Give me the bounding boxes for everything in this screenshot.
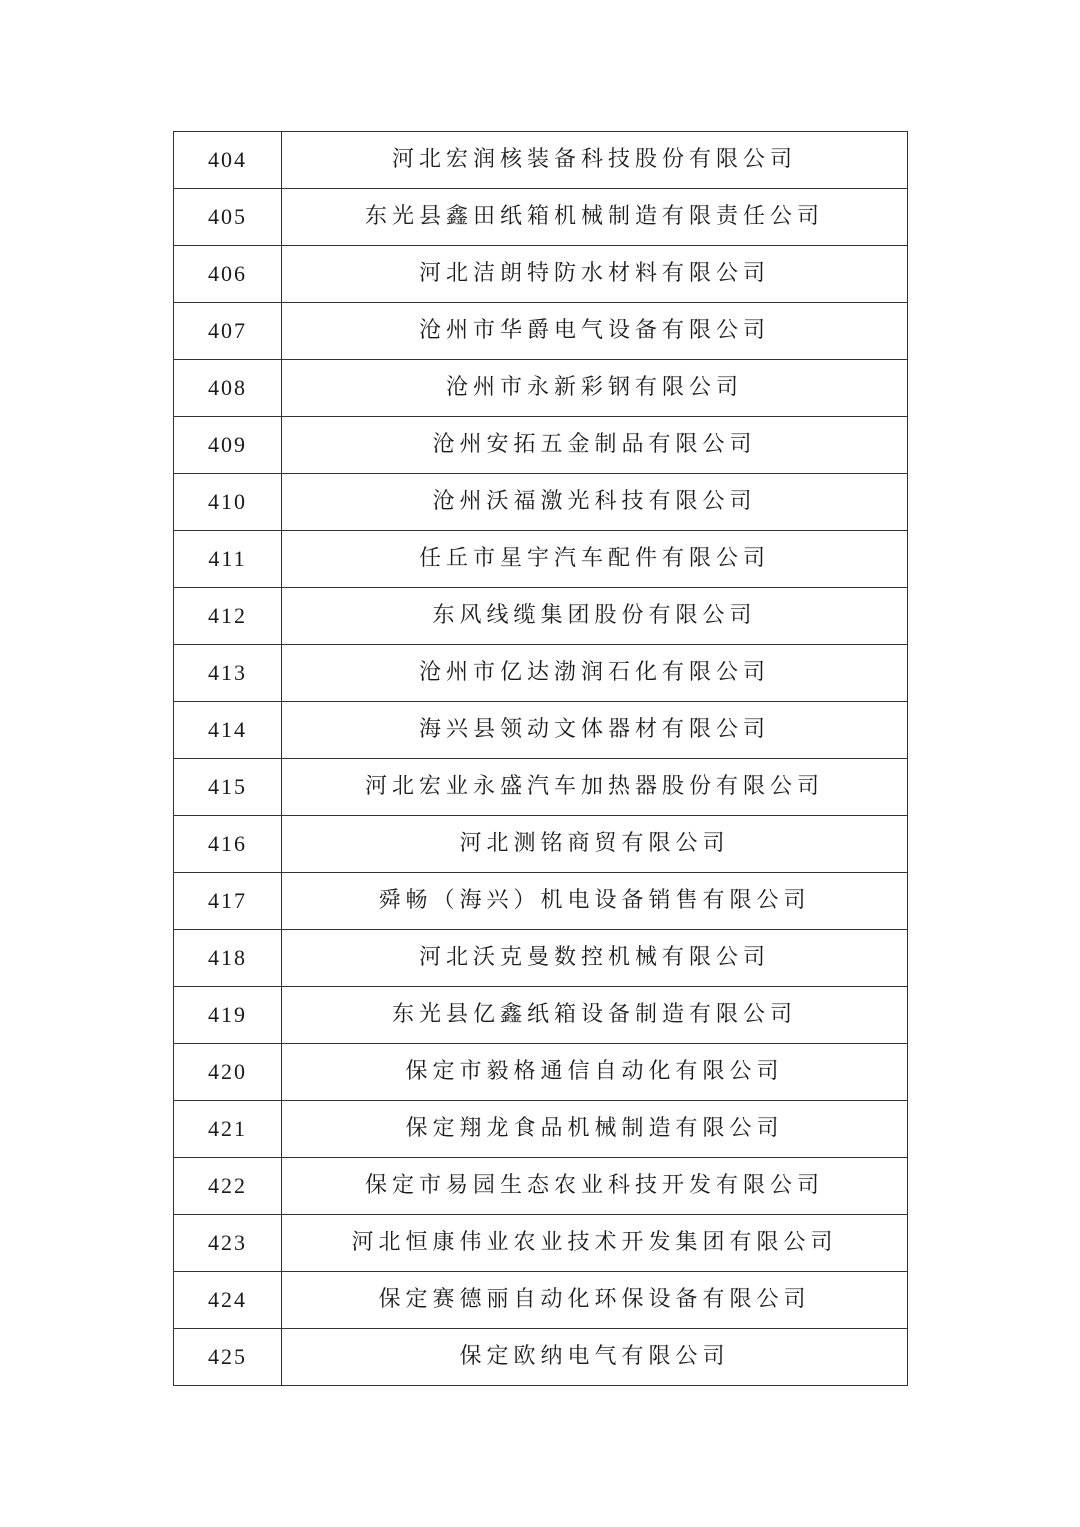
company-name: 沧州安拓五金制品有限公司: [282, 417, 908, 474]
company-name: 保定翔龙食品机械制造有限公司: [282, 1101, 908, 1158]
row-number: 423: [174, 1215, 282, 1272]
company-list-table: 404河北宏润核装备科技股份有限公司 405东光县鑫田纸箱机械制造有限责任公司 …: [173, 131, 908, 1386]
company-name: 保定市毅格通信自动化有限公司: [282, 1044, 908, 1101]
document-page: 404河北宏润核装备科技股份有限公司 405东光县鑫田纸箱机械制造有限责任公司 …: [0, 0, 1080, 1527]
row-number: 410: [174, 474, 282, 531]
company-name: 任丘市星宇汽车配件有限公司: [282, 531, 908, 588]
table-row: 417舜畅（海兴）机电设备销售有限公司: [174, 873, 908, 930]
table-row: 409沧州安拓五金制品有限公司: [174, 417, 908, 474]
table-row: 407沧州市华爵电气设备有限公司: [174, 303, 908, 360]
company-name: 保定市易园生态农业科技开发有限公司: [282, 1158, 908, 1215]
table-row: 411任丘市星宇汽车配件有限公司: [174, 531, 908, 588]
company-name: 东光县亿鑫纸箱设备制造有限公司: [282, 987, 908, 1044]
row-number: 421: [174, 1101, 282, 1158]
table-row: 416河北测铭商贸有限公司: [174, 816, 908, 873]
row-number: 405: [174, 189, 282, 246]
row-number: 406: [174, 246, 282, 303]
company-name: 舜畅（海兴）机电设备销售有限公司: [282, 873, 908, 930]
row-number: 425: [174, 1329, 282, 1386]
table-row: 422保定市易园生态农业科技开发有限公司: [174, 1158, 908, 1215]
company-name: 河北恒康伟业农业技术开发集团有限公司: [282, 1215, 908, 1272]
row-number: 409: [174, 417, 282, 474]
table-row: 419东光县亿鑫纸箱设备制造有限公司: [174, 987, 908, 1044]
company-name: 东风线缆集团股份有限公司: [282, 588, 908, 645]
table-row: 425保定欧纳电气有限公司: [174, 1329, 908, 1386]
row-number: 404: [174, 132, 282, 189]
row-number: 412: [174, 588, 282, 645]
table-row: 421保定翔龙食品机械制造有限公司: [174, 1101, 908, 1158]
table-row: 423河北恒康伟业农业技术开发集团有限公司: [174, 1215, 908, 1272]
row-number: 413: [174, 645, 282, 702]
row-number: 407: [174, 303, 282, 360]
row-number: 417: [174, 873, 282, 930]
company-name: 海兴县领动文体器材有限公司: [282, 702, 908, 759]
table-row: 415河北宏业永盛汽车加热器股份有限公司: [174, 759, 908, 816]
company-name: 河北洁朗特防水材料有限公司: [282, 246, 908, 303]
company-name: 河北测铭商贸有限公司: [282, 816, 908, 873]
company-name: 沧州市华爵电气设备有限公司: [282, 303, 908, 360]
row-number: 408: [174, 360, 282, 417]
company-name: 河北沃克曼数控机械有限公司: [282, 930, 908, 987]
company-name: 保定欧纳电气有限公司: [282, 1329, 908, 1386]
table-row: 405东光县鑫田纸箱机械制造有限责任公司: [174, 189, 908, 246]
company-name: 保定赛德丽自动化环保设备有限公司: [282, 1272, 908, 1329]
row-number: 420: [174, 1044, 282, 1101]
table-row: 408沧州市永新彩钢有限公司: [174, 360, 908, 417]
table-row: 410沧州沃福激光科技有限公司: [174, 474, 908, 531]
table-row: 413沧州市亿达渤润石化有限公司: [174, 645, 908, 702]
table-row: 420保定市毅格通信自动化有限公司: [174, 1044, 908, 1101]
table-row: 424保定赛德丽自动化环保设备有限公司: [174, 1272, 908, 1329]
row-number: 424: [174, 1272, 282, 1329]
row-number: 415: [174, 759, 282, 816]
row-number: 416: [174, 816, 282, 873]
row-number: 418: [174, 930, 282, 987]
row-number: 411: [174, 531, 282, 588]
company-name: 沧州市亿达渤润石化有限公司: [282, 645, 908, 702]
table-row: 406河北洁朗特防水材料有限公司: [174, 246, 908, 303]
company-name: 河北宏润核装备科技股份有限公司: [282, 132, 908, 189]
company-name: 东光县鑫田纸箱机械制造有限责任公司: [282, 189, 908, 246]
company-name: 沧州市永新彩钢有限公司: [282, 360, 908, 417]
company-name: 河北宏业永盛汽车加热器股份有限公司: [282, 759, 908, 816]
row-number: 419: [174, 987, 282, 1044]
company-name: 沧州沃福激光科技有限公司: [282, 474, 908, 531]
table-row: 404河北宏润核装备科技股份有限公司: [174, 132, 908, 189]
table-row: 412东风线缆集团股份有限公司: [174, 588, 908, 645]
row-number: 414: [174, 702, 282, 759]
row-number: 422: [174, 1158, 282, 1215]
table-row: 418河北沃克曼数控机械有限公司: [174, 930, 908, 987]
table-row: 414海兴县领动文体器材有限公司: [174, 702, 908, 759]
